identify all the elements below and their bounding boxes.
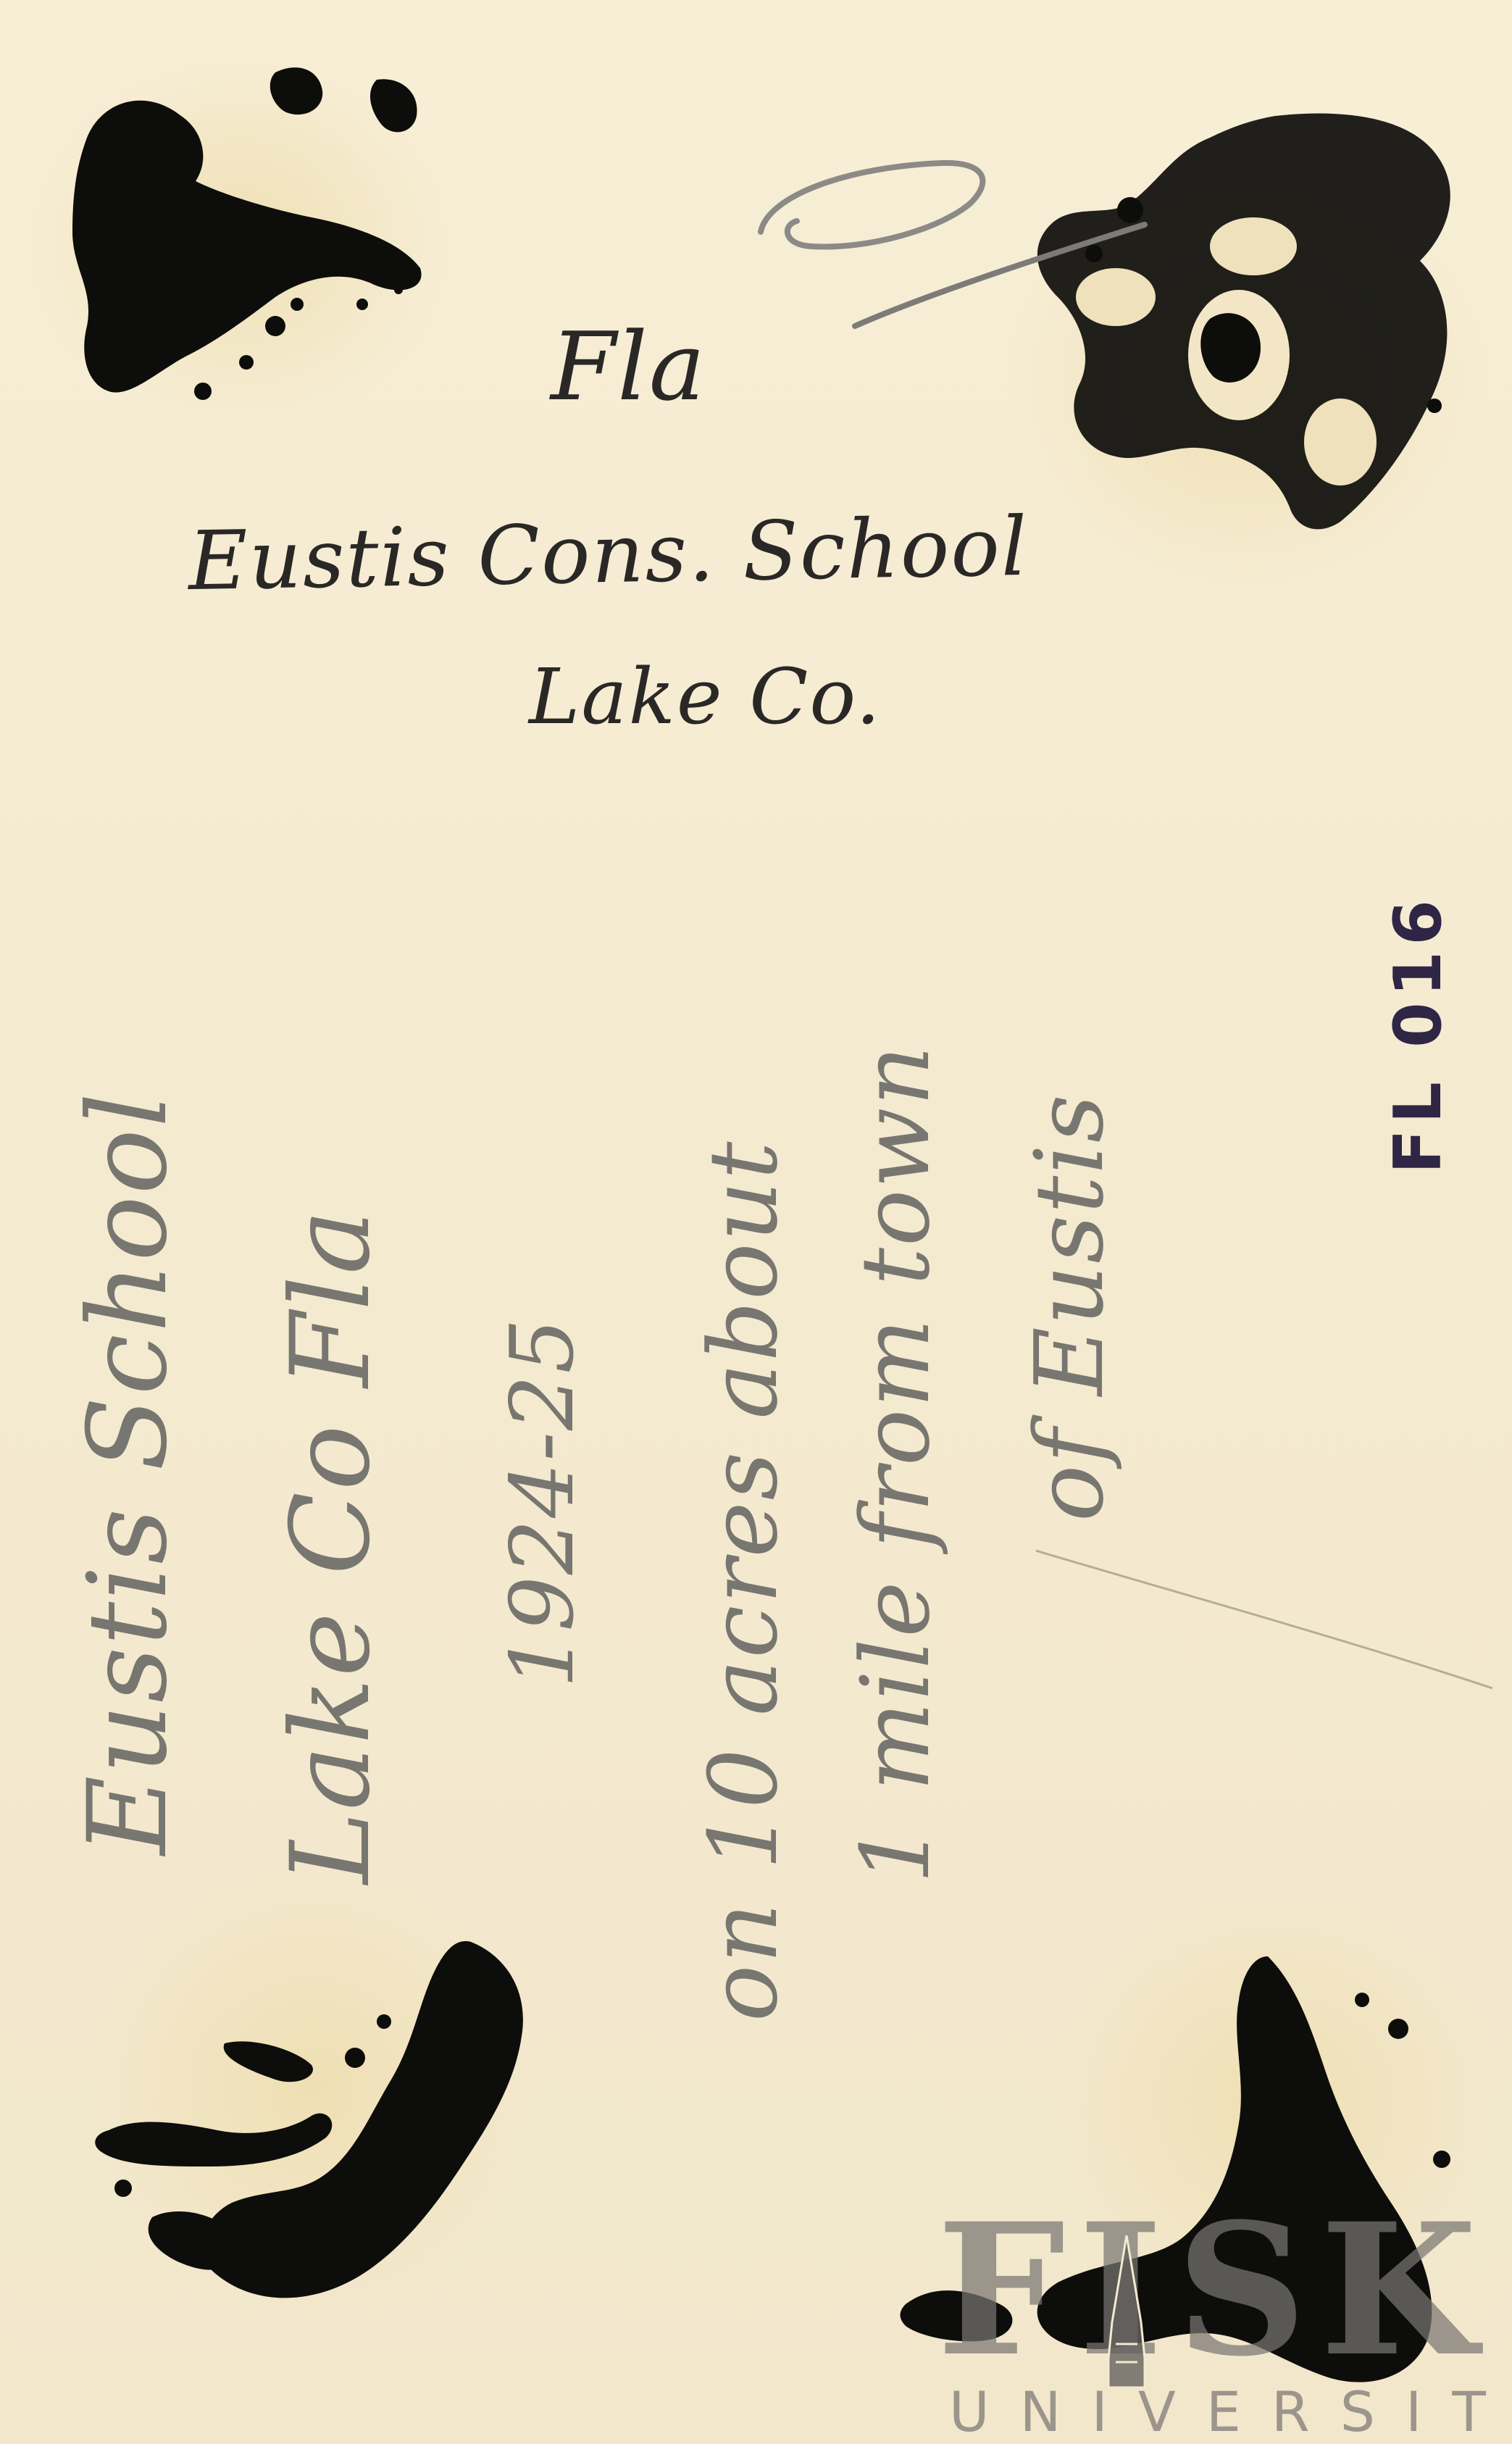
- chapel-spire-icon: [1101, 2235, 1152, 2387]
- watermark-subtitle: UNIVERSITY: [927, 2380, 1500, 2444]
- pencil-loop-mark: [753, 138, 1159, 333]
- pencil-line-acreage: on 10 acres about: [688, 1140, 798, 2022]
- pencil-line-year: 1924-25: [493, 1317, 593, 1688]
- stray-pencil-line: [1036, 1543, 1500, 1703]
- photo-card-verso: Fla Eustis Cons. School Lake Co. FL 016 …: [0, 0, 1512, 2444]
- pencil-line-county: Lake Co Fla: [268, 1208, 394, 1884]
- state-abbreviation: Fla: [551, 312, 706, 422]
- adhesive-residue-bottom-left: [80, 1913, 543, 2319]
- pencil-line-town: of Eustis: [1014, 1093, 1124, 1522]
- adhesive-residue-top-left: [58, 51, 435, 442]
- county-line: Lake Co.: [529, 652, 882, 741]
- watermark-title: FISK: [927, 2210, 1500, 2369]
- fisk-university-watermark: FISK UNIVERSITY: [927, 2210, 1500, 2444]
- pencil-line-distance: 1 mile from town: [840, 1044, 951, 1884]
- school-name-line: Eustis Cons. School: [188, 500, 1029, 609]
- pencil-line-school: Eustis School: [65, 1091, 191, 1855]
- catalog-number: FL 016: [1380, 894, 1456, 1174]
